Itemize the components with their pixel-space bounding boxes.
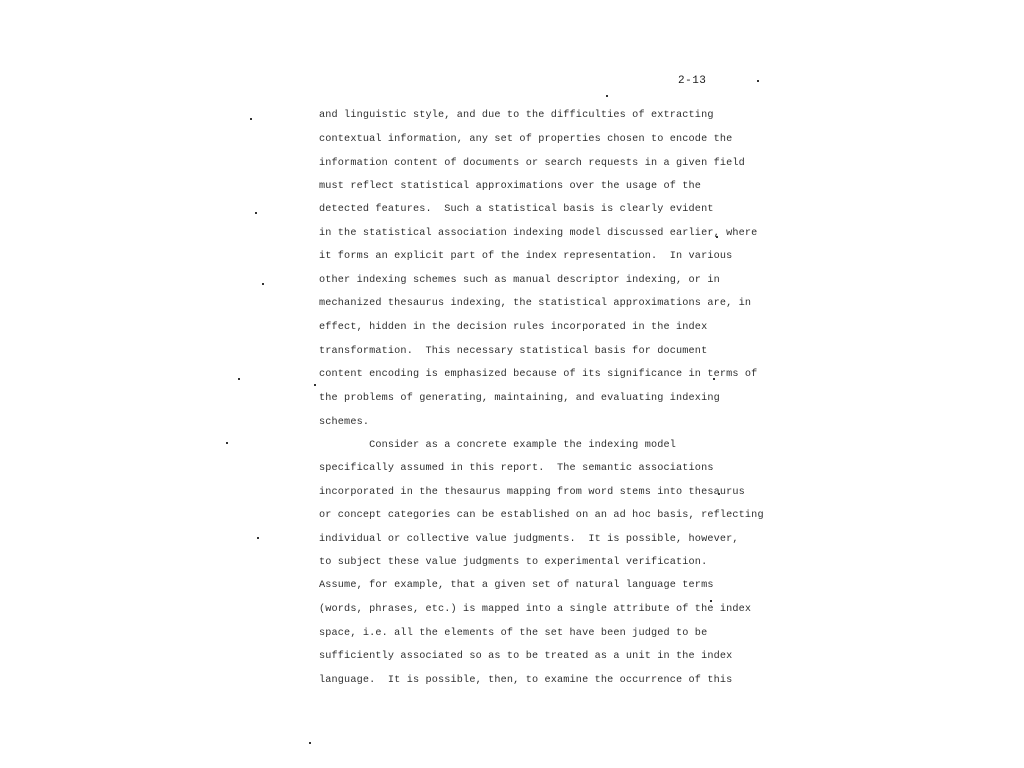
- text-line: Assume, for example, that a given set of…: [319, 580, 714, 591]
- scan-speck: [710, 600, 712, 602]
- scan-speck: [250, 118, 252, 120]
- text-line: contextual information, any set of prope…: [319, 134, 732, 145]
- scan-speck: [262, 283, 264, 285]
- text-line: language. It is possible, then, to exami…: [319, 675, 732, 686]
- text-line: the problems of generating, maintaining,…: [319, 393, 720, 404]
- scan-speck: [257, 537, 259, 539]
- text-line: effect, hidden in the decision rules inc…: [319, 322, 707, 333]
- scan-speck: [226, 442, 228, 444]
- scan-speck: [718, 493, 720, 495]
- scan-speck: [757, 80, 759, 82]
- text-line: other indexing schemes such as manual de…: [319, 275, 720, 286]
- text-line: incorporated in the thesaurus mapping fr…: [319, 487, 745, 498]
- scan-speck: [713, 378, 715, 380]
- text-line: specifically assumed in this report. The…: [319, 463, 714, 474]
- scan-speck: [309, 742, 311, 744]
- page-number: 2-13: [678, 75, 706, 87]
- text-line: transformation. This necessary statistic…: [319, 346, 707, 357]
- text-line: mechanized thesaurus indexing, the stati…: [319, 298, 751, 309]
- text-line: to subject these value judgments to expe…: [319, 557, 707, 568]
- scan-speck: [238, 378, 240, 380]
- text-line: schemes.: [319, 417, 369, 428]
- text-line: Consider as a concrete example the index…: [319, 440, 676, 451]
- text-line: (words, phrases, etc.) is mapped into a …: [319, 604, 751, 615]
- text-line: in the statistical association indexing …: [319, 228, 757, 239]
- document-page: 2-13 and linguistic style, and due to th…: [0, 0, 1024, 768]
- text-line: it forms an explicit part of the index r…: [319, 251, 732, 262]
- text-line: information content of documents or sear…: [319, 158, 745, 169]
- text-line: and linguistic style, and due to the dif…: [319, 110, 714, 121]
- text-line: sufficiently associated so as to be trea…: [319, 651, 732, 662]
- text-line: detected features. Such a statistical ba…: [319, 204, 714, 215]
- scan-speck: [255, 212, 257, 214]
- text-line: content encoding is emphasized because o…: [319, 369, 757, 380]
- scan-speck: [716, 236, 718, 238]
- scan-speck: [314, 384, 316, 386]
- text-line: must reflect statistical approximations …: [319, 181, 701, 192]
- text-line: individual or collective value judgments…: [319, 534, 739, 545]
- scan-speck: [606, 95, 608, 97]
- text-line: space, i.e. all the elements of the set …: [319, 628, 707, 639]
- text-line: or concept categories can be established…: [319, 510, 764, 521]
